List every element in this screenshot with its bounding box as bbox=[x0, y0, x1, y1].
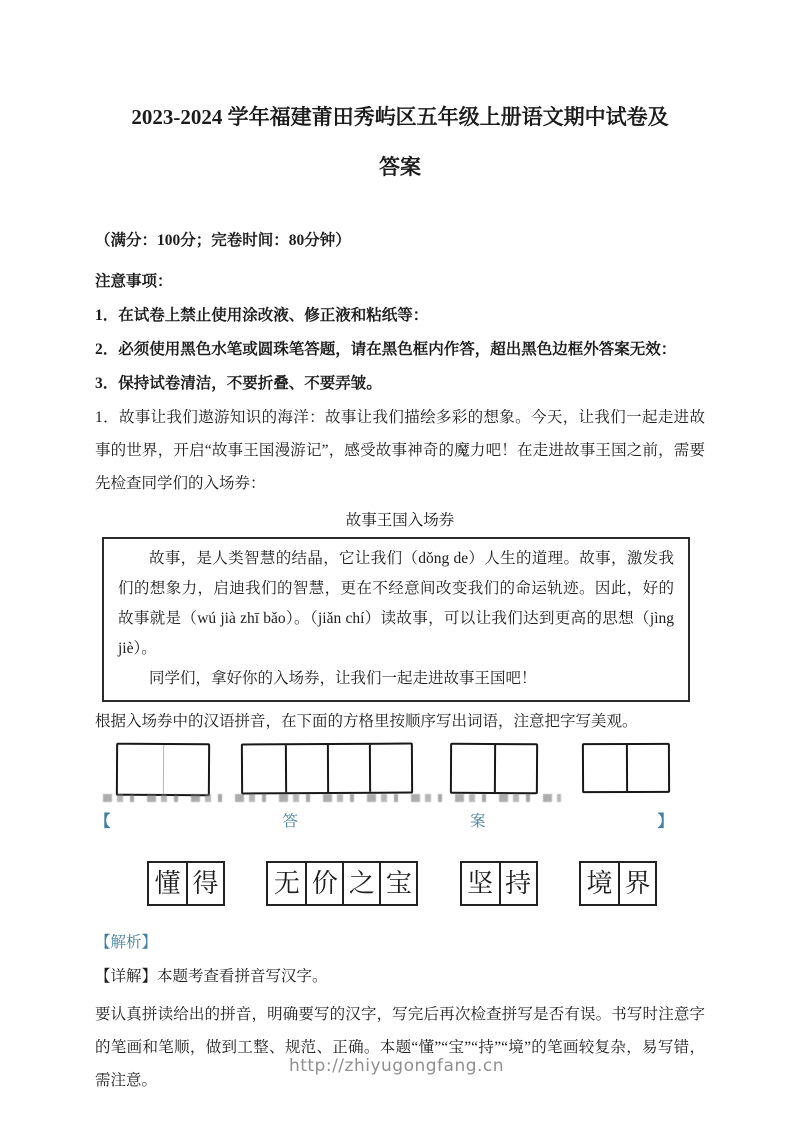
notice-item-2: 2．必须使用黑色水笔或圆珠笔答题，请在黑色框内作答，超出黑色边框外答案无效： bbox=[95, 339, 705, 361]
answer-cell: 之 bbox=[342, 863, 379, 904]
answer-group-3: 坚 持 bbox=[460, 861, 538, 906]
answer-cell: 境 bbox=[581, 863, 618, 904]
ticket-paragraph-2: 同学们，拿好你的入场券，让我们一起走进故事王国吧！ bbox=[118, 664, 674, 694]
analysis-paragraph: 要认真拼读给出的拼音，明确要写的汉字，写完后再次检查拼写是否有误。书写时注意字的… bbox=[95, 998, 705, 1097]
detail-text: 本题考查看拼音写汉字。 bbox=[157, 968, 328, 985]
write-cell bbox=[163, 745, 208, 794]
page-content: 2023-2024 学年福建莆田秀屿区五年级上册语文期中试卷及 答案 （满分：1… bbox=[0, 0, 793, 1097]
write-cell bbox=[584, 745, 626, 791]
scan-smudge-artifact bbox=[103, 794, 561, 802]
write-grid bbox=[95, 743, 705, 799]
answer-group-2: 无 价 之 宝 bbox=[266, 861, 418, 906]
notice-item-3: 3．保持试卷清洁，不要折叠、不要弄皱。 bbox=[95, 373, 705, 395]
answer-divider-close-bracket: 】 bbox=[657, 810, 673, 834]
page-title: 2023-2024 学年福建莆田秀屿区五年级上册语文期中试卷及 答案 bbox=[95, 92, 705, 192]
answer-divider-char-1: 答 bbox=[282, 810, 298, 834]
answer-cell: 得 bbox=[186, 863, 223, 904]
answer-row: 懂 得 无 价 之 宝 坚 持 境 界 bbox=[95, 861, 705, 906]
write-group-4 bbox=[582, 743, 670, 793]
answer-cell: 价 bbox=[305, 863, 342, 904]
notice-item-1: 1．在试卷上禁止使用涂改液、修正液和粘纸等： bbox=[95, 305, 705, 327]
write-group-2 bbox=[241, 743, 413, 795]
notice-heading: 注意事项： bbox=[95, 271, 705, 293]
instruction-text: 根据入场券中的汉语拼音，在下面的方格里按顺序写出词语，注意把字写美观。 bbox=[95, 711, 705, 732]
answer-group-1: 懂 得 bbox=[147, 861, 225, 906]
write-cell bbox=[369, 745, 411, 792]
ticket-title: 故事王国入场券 bbox=[95, 510, 705, 532]
write-cell bbox=[285, 745, 327, 792]
write-cell bbox=[494, 745, 536, 792]
exam-info-line: （满分：100分；完卷时间：80分钟） bbox=[95, 230, 705, 252]
write-group-3 bbox=[450, 743, 538, 794]
answer-cell: 坚 bbox=[462, 863, 499, 904]
detail-paragraph: 【详解】本题考查看拼音写汉字。 bbox=[95, 966, 705, 988]
answer-cell: 界 bbox=[618, 863, 655, 904]
analysis-label: 【解析】 bbox=[95, 932, 705, 954]
answer-divider-open-bracket: 【 bbox=[95, 810, 111, 834]
write-cell bbox=[327, 745, 369, 792]
ticket-box: 故事，是人类智慧的结晶，它让我们（dǒng de）人生的道理。故事，激发我们的想… bbox=[102, 537, 690, 702]
answer-cell: 懂 bbox=[149, 863, 186, 904]
answer-divider: 【 答 案 】 bbox=[95, 810, 673, 834]
write-cell bbox=[452, 745, 494, 792]
ticket-paragraph-1: 故事，是人类智慧的结晶，它让我们（dǒng de）人生的道理。故事，激发我们的想… bbox=[118, 544, 674, 664]
write-cell bbox=[243, 745, 285, 792]
footer-url: http://zhiyugongfang.cn bbox=[0, 1056, 793, 1076]
exam-paper-page: 2023-2024 学年福建莆田秀屿区五年级上册语文期中试卷及 答案 （满分：1… bbox=[0, 0, 793, 1122]
title-line-1: 2023-2024 学年福建莆田秀屿区五年级上册语文期中试卷及 bbox=[95, 92, 705, 142]
write-cell bbox=[626, 745, 668, 791]
write-cell bbox=[118, 745, 163, 794]
answer-divider-char-2: 案 bbox=[470, 810, 486, 834]
write-group-1 bbox=[116, 743, 210, 797]
answer-cell: 无 bbox=[268, 863, 305, 904]
title-line-2: 答案 bbox=[95, 142, 705, 192]
question-intro: 1．故事让我们遨游知识的海洋：故事让我们描绘多彩的想象。今天，让我们一起走进故事… bbox=[95, 401, 705, 500]
detail-label: 【详解】 bbox=[95, 968, 157, 985]
answer-cell: 持 bbox=[499, 863, 536, 904]
answer-group-4: 境 界 bbox=[579, 861, 657, 906]
answer-cell: 宝 bbox=[379, 863, 416, 904]
